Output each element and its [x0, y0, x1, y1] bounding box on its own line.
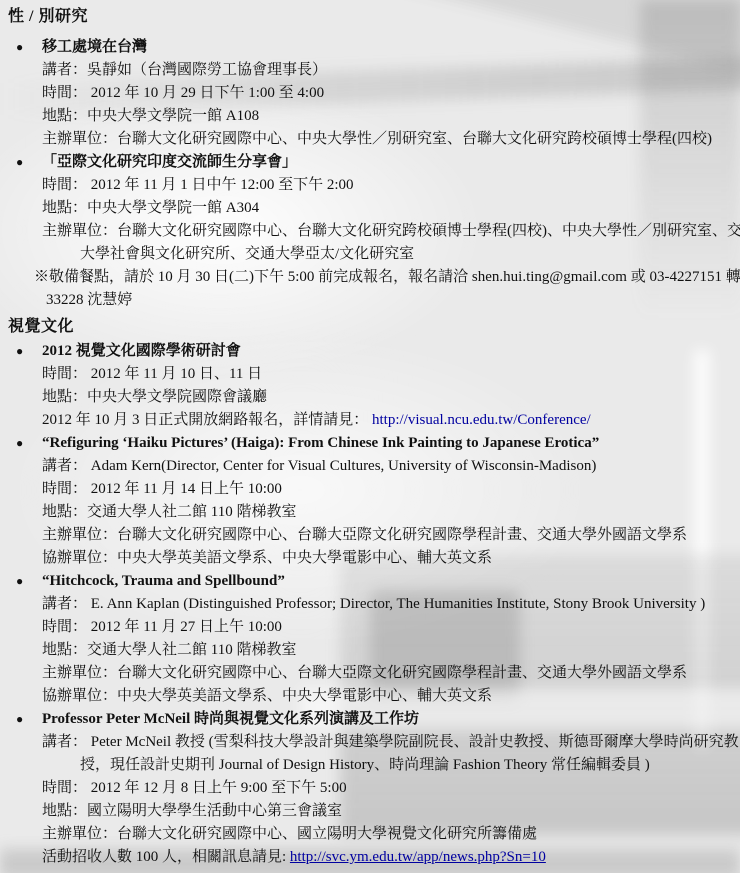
event-title: “Refiguring ‘Haiku Pictures’ (Haiga): Fr… [42, 435, 599, 451]
bullet-icon: ● [16, 36, 23, 59]
event-title-row: ● “Refiguring ‘Haiku Pictures’ (Haiga): … [6, 432, 732, 455]
detail-line-speaker: 講者：吳靜如（台灣國際勞工協會理事長） [6, 59, 732, 82]
event-block: ● 移工處境在台灣 講者：吳靜如（台灣國際勞工協會理事長） 時間： 2012 年… [6, 36, 732, 151]
detail-line-speaker: 講者： Peter McNeil 教授 (雪梨科技大學設計與建築學院副院長、設計… [6, 731, 732, 754]
event-title-row: ● 2012 視覺文化國際學術研討會 [6, 340, 732, 363]
news-url-link[interactable]: http://svc.ym.edu.tw/app/news.php?Sn=10 [290, 849, 546, 865]
detail-line-location: 地點：中央大學文學院一館 A108 [6, 105, 732, 128]
detail-line-organizer: 主辦單位：台聯大文化研究國際中心、中央大學性／別研究室、台聯大文化研究跨校碩博士… [6, 128, 732, 151]
section-title-gender-studies: 性 / 別研究 [6, 4, 732, 30]
detail-line-time: 時間： 2012 年 12 月 8 日上午 9:00 至下午 5:00 [6, 777, 732, 800]
event-title-row: ● Professor Peter McNeil 時尚與視覺文化系列演講及工作坊 [6, 708, 732, 731]
event-block: ● 「亞際文化研究印度交流師生分享會」 時間： 2012 年 11 月 1 日中… [6, 151, 732, 312]
bullet-icon: ● [16, 708, 23, 731]
detail-line-co-organizer: 協辦單位：中央大學英美語文學系、中央大學電影中心、輔大英文系 [6, 547, 732, 570]
detail-line-registration-note-cont: 33228 沈慧婷 [6, 289, 732, 312]
detail-line-registration-note: ※敬備餐點，請於 10 月 30 日(二)下午 5:00 前完成報名，報名請洽 … [6, 266, 732, 289]
section-title-visual-culture: 視覺文化 [6, 314, 732, 340]
event-title: Professor Peter McNeil 時尚與視覺文化系列演講及工作坊 [42, 711, 419, 727]
detail-line-time: 時間： 2012 年 11 月 1 日中午 12:00 至下午 2:00 [6, 174, 732, 197]
detail-line-time: 時間： 2012 年 11 月 10 日、11 日 [6, 363, 732, 386]
detail-line-organizer: 主辦單位：台聯大文化研究國際中心、台聯大亞際文化研究國際學程計畫、交通大學外國語… [6, 662, 732, 685]
event-title: 「亞際文化研究印度交流師生分享會」 [42, 154, 297, 170]
detail-line-speaker: 講者： E. Ann Kaplan (Distinguished Profess… [6, 593, 732, 616]
info-text: 活動招收人數 100 人，相關訊息請見: [42, 849, 290, 865]
document-content: 性 / 別研究 ● 移工處境在台灣 講者：吳靜如（台灣國際勞工協會理事長） 時間… [0, 0, 740, 869]
event-title-row: ● “Hitchcock, Trauma and Spellbound” [6, 570, 732, 593]
conference-url-link[interactable]: http://visual.ncu.edu.tw/Conference/ [372, 412, 591, 428]
detail-line-location: 地點：交通大學人社二館 110 階梯教室 [6, 639, 732, 662]
event-block: ● 2012 視覺文化國際學術研討會 時間： 2012 年 11 月 10 日、… [6, 340, 732, 432]
detail-line-time: 時間： 2012 年 11 月 14 日上午 10:00 [6, 478, 732, 501]
event-title-row: ● 移工處境在台灣 [6, 36, 732, 59]
detail-line-organizer: 主辦單位：台聯大文化研究國際中心、國立陽明大學視覺文化研究所籌備處 [6, 823, 732, 846]
event-title: 2012 視覺文化國際學術研討會 [42, 343, 241, 359]
bullet-icon: ● [16, 432, 23, 455]
detail-line-location: 地點：交通大學人社二館 110 階梯教室 [6, 501, 732, 524]
bullet-icon: ● [16, 151, 23, 174]
detail-line-time: 時間： 2012 年 10 月 29 日下午 1:00 至 4:00 [6, 82, 732, 105]
event-block: ● “Hitchcock, Trauma and Spellbound” 講者：… [6, 570, 732, 708]
event-title-row: ● 「亞際文化研究印度交流師生分享會」 [6, 151, 732, 174]
registration-text: 2012 年 10 月 3 日正式開放網路報名，詳情請見： [42, 412, 372, 428]
detail-line-co-organizer: 協辦單位：中央大學英美語文學系、中央大學電影中心、輔大英文系 [6, 685, 732, 708]
detail-line-organizer: 主辦單位：台聯大文化研究國際中心、台聯大文化研究跨校碩博士學程(四校)、中央大學… [6, 220, 732, 243]
detail-line-organizer-cont: 大學社會與文化研究所、交通大學亞太/文化研究室 [6, 243, 732, 266]
event-title: 移工處境在台灣 [42, 39, 147, 55]
detail-line-location: 地點：國立陽明大學學生活動中心第三會議室 [6, 800, 732, 823]
detail-line-location: 地點：中央大學文學院一館 A304 [6, 197, 732, 220]
detail-line-info: 活動招收人數 100 人，相關訊息請見: http://svc.ym.edu.t… [6, 846, 732, 869]
bullet-icon: ● [16, 570, 23, 593]
bullet-icon: ● [16, 340, 23, 363]
event-block: ● Professor Peter McNeil 時尚與視覺文化系列演講及工作坊… [6, 708, 732, 869]
event-title: “Hitchcock, Trauma and Spellbound” [42, 573, 285, 589]
detail-line-location: 地點：中央大學文學院國際會議廳 [6, 386, 732, 409]
detail-line-registration: 2012 年 10 月 3 日正式開放網路報名，詳情請見： http://vis… [6, 409, 732, 432]
detail-line-time: 時間： 2012 年 11 月 27 日上午 10:00 [6, 616, 732, 639]
event-block: ● “Refiguring ‘Haiku Pictures’ (Haiga): … [6, 432, 732, 570]
detail-line-organizer: 主辦單位：台聯大文化研究國際中心、台聯大亞際文化研究國際學程計畫、交通大學外國語… [6, 524, 732, 547]
detail-line-speaker-cont: 授，現任設計史期刊 Journal of Design History、時尚理論… [6, 754, 732, 777]
detail-line-speaker: 講者： Adam Kern(Director, Center for Visua… [6, 455, 732, 478]
